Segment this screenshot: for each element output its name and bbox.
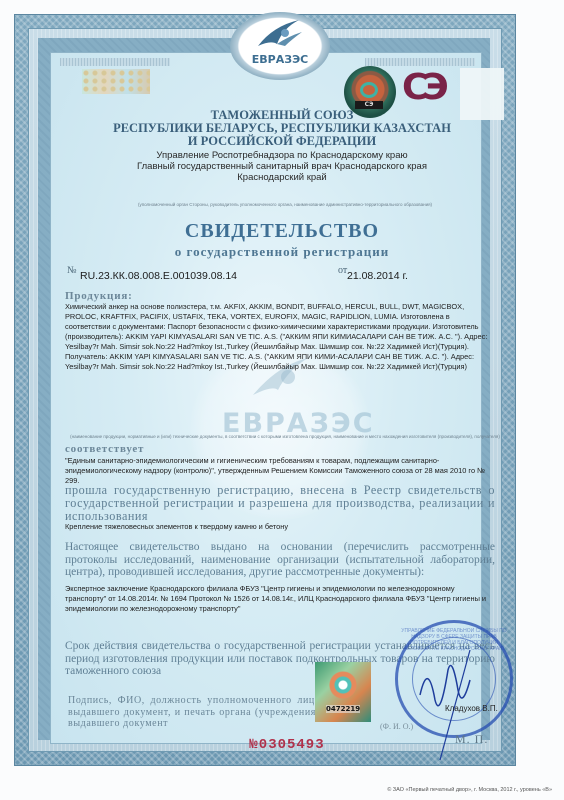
registration-status: прошла государственную регистрацию, внес… bbox=[65, 484, 495, 523]
serial-number: №0305493 bbox=[0, 737, 564, 753]
basis-label: Настоящее свидетельство выдано на основа… bbox=[65, 541, 495, 579]
se-gear-icon bbox=[326, 670, 360, 700]
se-gear-icon bbox=[360, 82, 378, 98]
number-label: № bbox=[67, 265, 77, 276]
authority-line-1: Управление Роспотребнадзора по Краснодар… bbox=[0, 150, 564, 161]
registration-date: 21.08.2014 г. bbox=[347, 270, 408, 282]
product-caption: (наименование продукции, нормативные и (… bbox=[70, 434, 500, 439]
fio-caption: (Ф. И. О.) bbox=[380, 722, 413, 731]
printer-credit: © ЗАО «Первый печатный двор», г. Москва,… bbox=[387, 787, 552, 793]
hologram-strip bbox=[82, 69, 150, 94]
se-logo: СЭ bbox=[402, 68, 443, 108]
eurasec-bird-icon bbox=[255, 18, 305, 48]
authority-line-2: Главный государственный санитарный врач … bbox=[0, 161, 564, 172]
decor-band bbox=[365, 58, 475, 66]
date-label: от bbox=[338, 265, 347, 276]
certificate-subtitle: о государственной регистрации bbox=[0, 244, 564, 260]
certificate-title: СВИДЕТЕЛЬСТВО bbox=[0, 220, 564, 243]
decor-band bbox=[60, 58, 170, 66]
header-line-3: И РОССИЙСКОЙ ФЕДЕРАЦИИ bbox=[0, 134, 564, 149]
product-label: Продукция: bbox=[65, 290, 133, 302]
registration-number: RU.23.КК.08.008.Е.001039.08.14 bbox=[80, 270, 237, 282]
signature-label: Подпись, ФИО, должность уполномоченного … bbox=[68, 695, 323, 730]
basis-text: Экспертное заключение Краснодарского фил… bbox=[65, 584, 497, 614]
compliance-label: соответствует bbox=[65, 443, 144, 455]
authority-line-3: Краснодарский край bbox=[0, 172, 564, 183]
authority-caption: (уполномоченный орган Стороны, руководит… bbox=[70, 202, 500, 207]
usage-text: Крепление тяжеловесных элементов к тверд… bbox=[65, 522, 497, 532]
signer-name: Кладухов В.П. bbox=[445, 704, 498, 713]
compliance-text: "Единым санитарно-эпидемиологическим и г… bbox=[65, 456, 497, 486]
product-description: Химический анкер на основе полиэстера, т… bbox=[65, 302, 497, 372]
hologram-sticker-number: 0472219 bbox=[326, 705, 360, 713]
eurasec-label: ЕВРАЗЭС bbox=[250, 53, 310, 66]
